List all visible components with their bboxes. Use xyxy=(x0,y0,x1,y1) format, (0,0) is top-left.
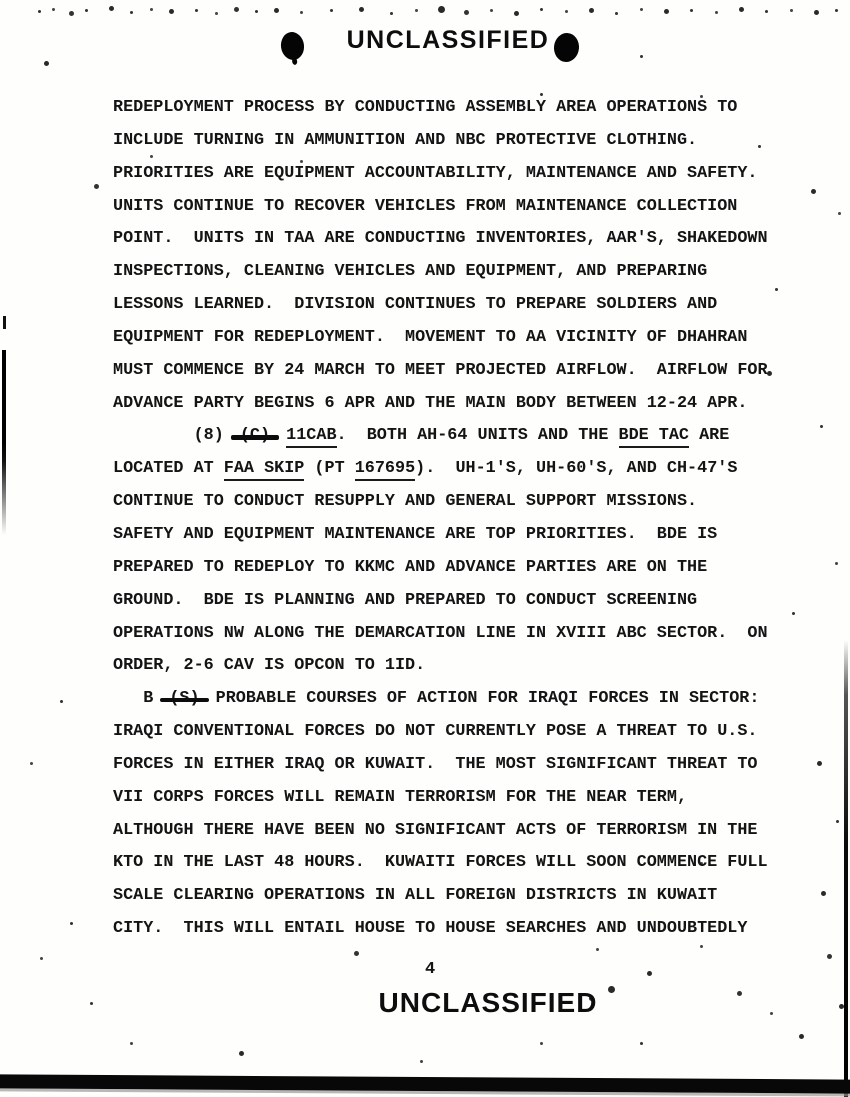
text-line: B (S) PROBABLE COURSES OF ACTION FOR IRA… xyxy=(113,683,813,716)
text-line: CITY. THIS WILL ENTAIL HOUSE TO HOUSE SE… xyxy=(113,913,813,946)
text-line: PREPARED TO REDEPLOY TO KKMC AND ADVANCE… xyxy=(113,552,813,585)
document-body: REDEPLOYMENT PROCESS BY CONDUCTING ASSEM… xyxy=(113,92,813,946)
text-line: SAFETY AND EQUIPMENT MAINTENANCE ARE TOP… xyxy=(113,519,813,552)
text-line: LOCATED AT FAA SKIP (PT 167695). UH-1'S,… xyxy=(113,453,813,486)
text-line: KTO IN THE LAST 48 HOURS. KUWAITI FORCES… xyxy=(113,847,813,880)
text-line: IRAQI CONVENTIONAL FORCES DO NOT CURRENT… xyxy=(113,716,813,749)
redaction-dot-right xyxy=(553,32,581,63)
page-number: 4 xyxy=(425,960,435,979)
text-segment: PRIORITIES ARE EQUIPMENT ACCOUNTABILITY,… xyxy=(113,164,758,183)
text-line: GROUND. BDE IS PLANNING AND PREPARED TO … xyxy=(113,585,813,618)
text-line: LESSONS LEARNED. DIVISION CONTINUES TO P… xyxy=(113,289,813,322)
underlined-text: FAA SKIP xyxy=(224,459,305,481)
text-segment: FORCES IN EITHER IRAQ OR KUWAIT. THE MOS… xyxy=(113,755,758,774)
text-line: ALTHOUGH THERE HAVE BEEN NO SIGNIFICANT … xyxy=(113,815,813,848)
scan-artifact-left-line xyxy=(2,350,6,535)
text-segment: REDEPLOYMENT PROCESS BY CONDUCTING ASSEM… xyxy=(113,98,737,117)
text-line: EQUIPMENT FOR REDEPLOYMENT. MOVEMENT TO … xyxy=(113,322,813,355)
text-segment: INSPECTIONS, CLEANING VEHICLES AND EQUIP… xyxy=(113,262,707,281)
classification-footer: UNCLASSIFIED xyxy=(379,987,598,1019)
scan-artifact-left-tick xyxy=(3,316,6,329)
text-segment: PREPARED TO REDEPLOY TO KKMC AND ADVANCE… xyxy=(113,558,707,577)
text-line: CONTINUE TO CONDUCT RESUPPLY AND GENERAL… xyxy=(113,486,813,519)
text-segment: ). UH-1'S, UH-60'S, AND CH-47'S xyxy=(415,459,737,478)
struck-classification-marking: (C) xyxy=(234,426,276,445)
text-line: VII CORPS FORCES WILL REMAIN TERRORISM F… xyxy=(113,782,813,815)
text-segment: LOCATED AT xyxy=(113,459,224,478)
text-segment: CONTINUE TO CONDUCT RESUPPLY AND GENERAL… xyxy=(113,492,697,511)
text-segment: ARE xyxy=(689,426,729,445)
text-line: POINT. UNITS IN TAA ARE CONDUCTING INVEN… xyxy=(113,223,813,256)
text-segment: ADVANCE PARTY BEGINS 6 APR AND THE MAIN … xyxy=(113,394,747,413)
text-line: REDEPLOYMENT PROCESS BY CONDUCTING ASSEM… xyxy=(113,92,813,125)
text-segment: VII CORPS FORCES WILL REMAIN TERRORISM F… xyxy=(113,788,687,807)
text-line: MUST COMMENCE BY 24 MARCH TO MEET PROJEC… xyxy=(113,355,813,388)
text-line: PRIORITIES ARE EQUIPMENT ACCOUNTABILITY,… xyxy=(113,158,813,191)
text-segment: LESSONS LEARNED. DIVISION CONTINUES TO P… xyxy=(113,295,717,314)
text-segment: EQUIPMENT FOR REDEPLOYMENT. MOVEMENT TO … xyxy=(113,328,747,347)
text-segment: (PT xyxy=(304,459,354,478)
underlined-text: 167695 xyxy=(355,459,415,481)
text-line: ORDER, 2-6 CAV IS OPCON TO 1ID. xyxy=(113,650,813,683)
scan-artifact-right-line xyxy=(844,640,848,1097)
struck-classification-marking: (S) xyxy=(163,689,205,708)
redaction-dot-left xyxy=(279,31,306,62)
text-segment: (8) xyxy=(194,426,234,445)
text-segment: IRAQI CONVENTIONAL FORCES DO NOT CURRENT… xyxy=(113,722,758,741)
text-line: SCALE CLEARING OPERATIONS IN ALL FOREIGN… xyxy=(113,880,813,913)
text-segment: INCLUDE TURNING IN AMMUNITION AND NBC PR… xyxy=(113,131,697,150)
text-segment: . BOTH AH-64 UNITS AND THE xyxy=(337,426,619,445)
text-line: INCLUDE TURNING IN AMMUNITION AND NBC PR… xyxy=(113,125,813,158)
underlined-text: BDE TAC xyxy=(619,426,690,448)
document-page: UNCLASSIFIED REDEPLOYMENT PROCESS BY CON… xyxy=(0,0,850,1097)
text-line: UNITS CONTINUE TO RECOVER VEHICLES FROM … xyxy=(113,191,813,224)
text-line: ADVANCE PARTY BEGINS 6 APR AND THE MAIN … xyxy=(113,388,813,421)
text-segment: SAFETY AND EQUIPMENT MAINTENANCE ARE TOP… xyxy=(113,525,717,544)
text-segment: POINT. UNITS IN TAA ARE CONDUCTING INVEN… xyxy=(113,229,768,248)
text-segment: PROBABLE COURSES OF ACTION FOR IRAQI FOR… xyxy=(206,689,760,708)
text-segment: GROUND. BDE IS PLANNING AND PREPARED TO … xyxy=(113,591,697,610)
text-line: INSPECTIONS, CLEANING VEHICLES AND EQUIP… xyxy=(113,256,813,289)
text-segment: KTO IN THE LAST 48 HOURS. KUWAITI FORCES… xyxy=(113,853,768,872)
text-line: FORCES IN EITHER IRAQ OR KUWAIT. THE MOS… xyxy=(113,749,813,782)
text-segment: MUST COMMENCE BY 24 MARCH TO MEET PROJEC… xyxy=(113,361,768,380)
underlined-text: 11CAB xyxy=(286,426,336,448)
scan-noise-specks xyxy=(0,0,3,3)
text-segment: ALTHOUGH THERE HAVE BEEN NO SIGNIFICANT … xyxy=(113,821,758,840)
text-segment: SCALE CLEARING OPERATIONS IN ALL FOREIGN… xyxy=(113,886,717,905)
text-segment: OPERATIONS NW ALONG THE DEMARCATION LINE… xyxy=(113,624,768,643)
text-segment: UNITS CONTINUE TO RECOVER VEHICLES FROM … xyxy=(113,197,737,216)
text-segment: ORDER, 2-6 CAV IS OPCON TO 1ID. xyxy=(113,656,425,675)
text-segment: CITY. THIS WILL ENTAIL HOUSE TO HOUSE SE… xyxy=(113,919,747,938)
classification-header: UNCLASSIFIED xyxy=(347,26,550,55)
text-line: (8) (C) 11CAB. BOTH AH-64 UNITS AND THE … xyxy=(113,420,813,453)
text-line: OPERATIONS NW ALONG THE DEMARCATION LINE… xyxy=(113,618,813,651)
